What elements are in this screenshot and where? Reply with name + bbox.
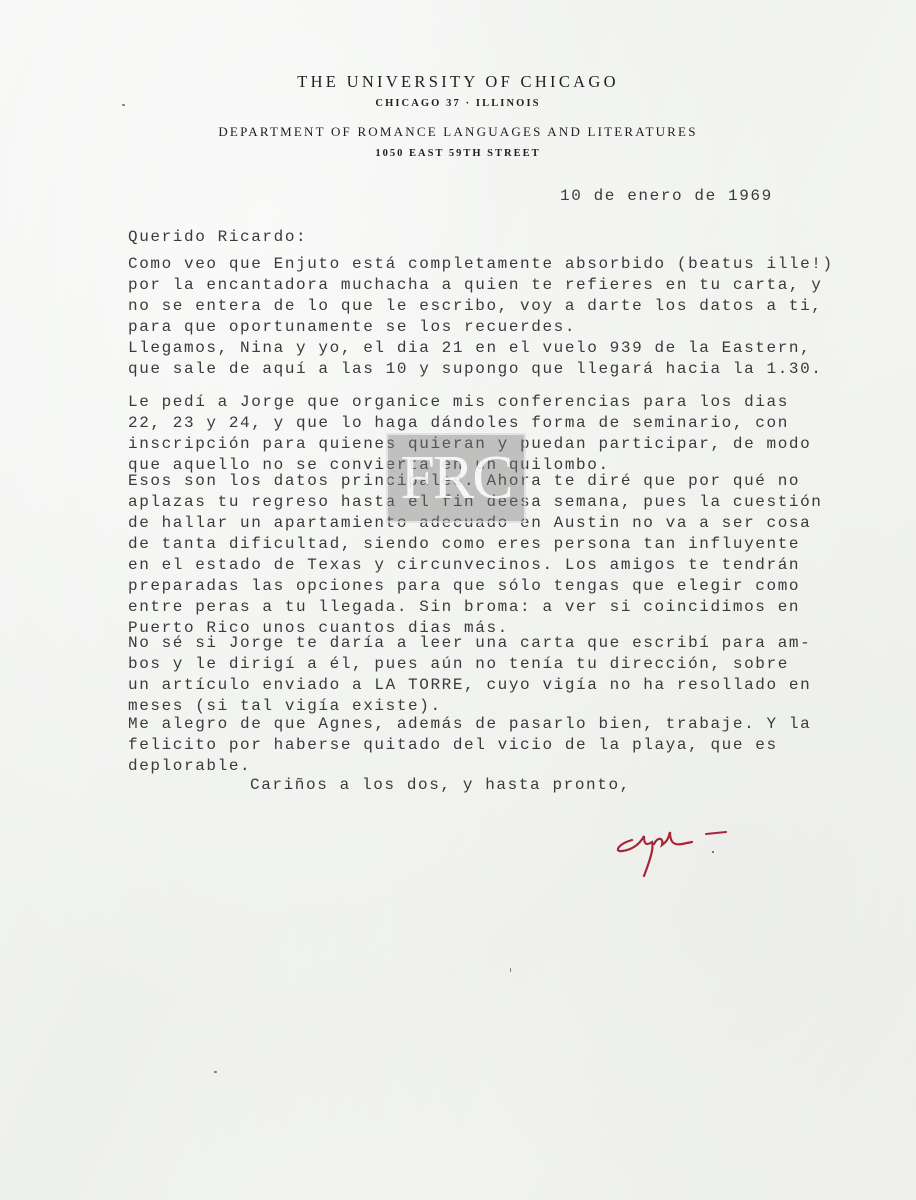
salutation: Querido Ricardo: [128,227,307,248]
institution-city: CHICAGO 37 · ILLINOIS [0,98,916,109]
paper-speck [510,968,511,972]
signature-icon [610,818,770,888]
paper-speck [214,1071,217,1073]
paragraph-5: No sé si Jorge te daría a leer una carta… [128,633,811,717]
department-address: 1050 EAST 59TH STREET [0,148,916,159]
watermark-logo: FRC [386,433,526,523]
letter-date: 10 de enero de 1969 [560,186,773,207]
paragraph-1: Como veo que Enjuto está completamente a… [128,254,834,338]
paper-speck [122,104,125,106]
paragraph-6: Me alegro de que Agnes, además de pasarl… [128,714,811,777]
closing-line: Cariños a los dos, y hasta pronto, [250,775,631,796]
institution-name: THE UNIVERSITY OF CHICAGO [0,72,916,92]
paragraph-2: Llegamos, Nina y yo, el dia 21 en el vue… [128,338,823,380]
department-name: DEPARTMENT OF ROMANCE LANGUAGES AND LITE… [0,124,916,140]
